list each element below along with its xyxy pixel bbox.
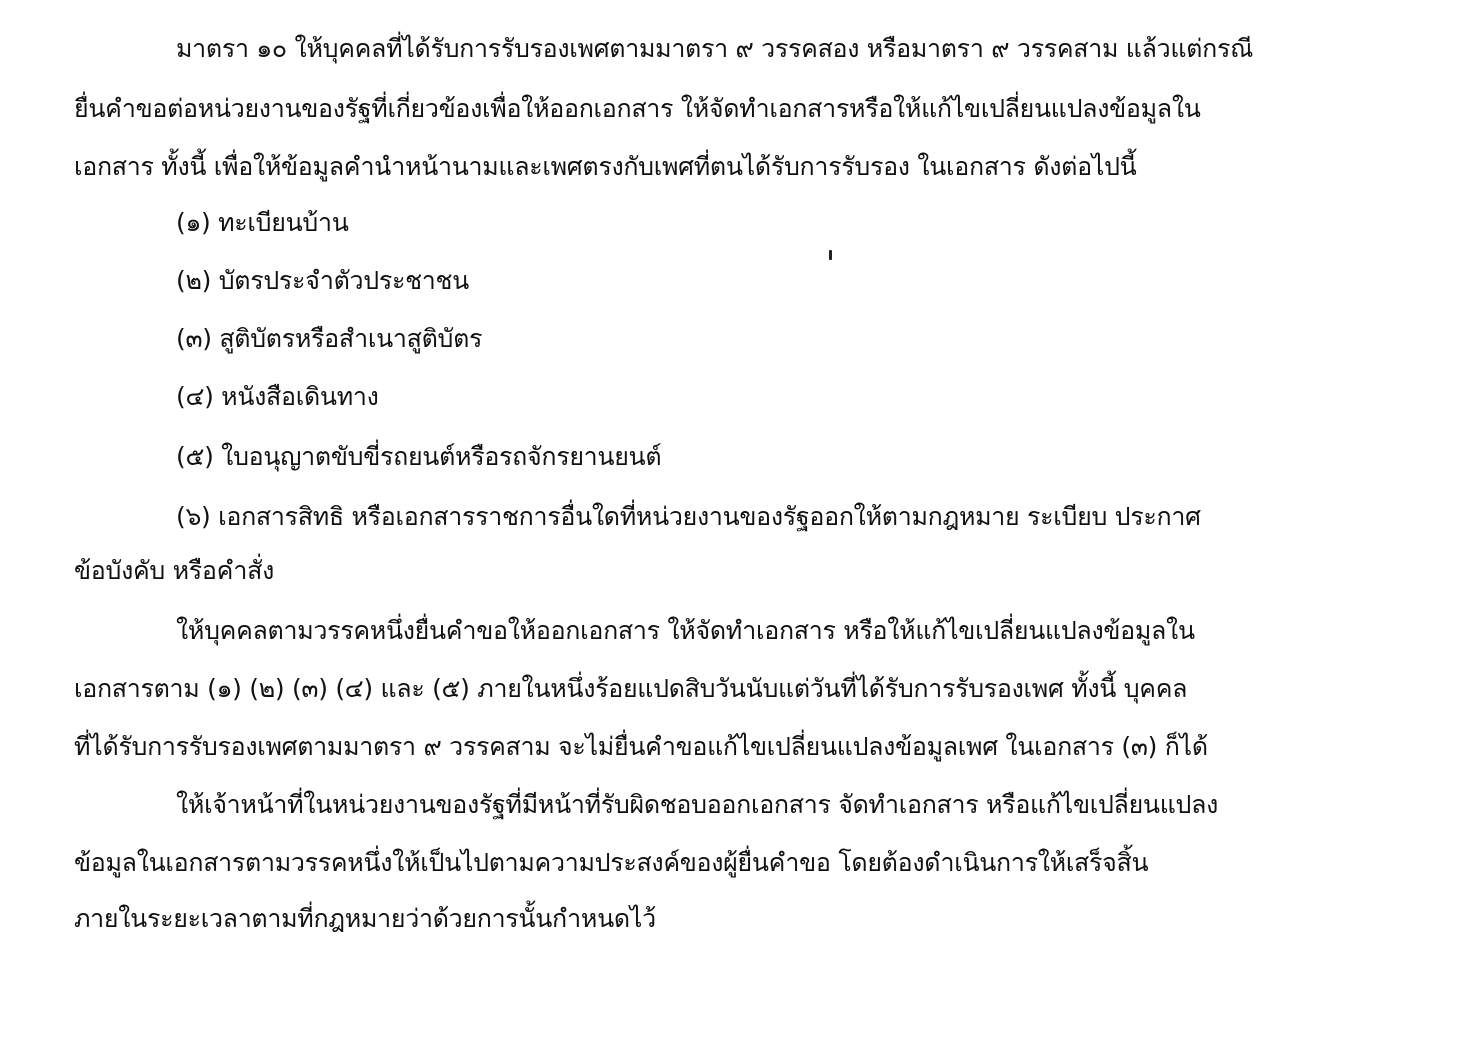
list-item: (๕) ใบอนุญาตขับขี่รถยนต์หรือรถจักรยานยนต… [176,440,661,474]
paragraph-line: เอกสารตาม (๑) (๒) (๓) (๔) และ (๕) ภายในห… [74,672,1187,706]
paragraph-line: ให้บุคคลตามวรรคหนึ่งยื่นคำขอให้ออกเอกสาร… [176,614,1195,648]
section-heading-line: มาตรา ๑๐ ให้บุคคลที่ได้รับการรับรองเพศตา… [176,32,1253,66]
paragraph-line: เอกสาร ทั้งนี้ เพื่อให้ข้อมูลคำนำหน้านาม… [74,150,1136,184]
list-item: (๓) สูติบัตรหรือสำเนาสูติบัตร [176,322,482,356]
list-item: (๒) บัตรประจำตัวประชาชน [176,264,469,298]
list-item: (๔) หนังสือเดินทาง [176,380,379,414]
list-item: (๑) ทะเบียนบ้าน [176,206,348,240]
list-item-continuation: ข้อบังคับ หรือคำสั่ง [74,554,274,588]
paragraph-line: ภายในระยะเวลาตามที่กฎหมายว่าด้วยการนั้นก… [74,902,656,936]
paragraph-line: ที่ได้รับการรับรองเพศตามมาตรา ๙ วรรคสาม … [74,730,1208,764]
list-item: (๖) เอกสารสิทธิ หรือเอกสารราชการอื่นใดที… [176,500,1201,534]
paragraph-line: ข้อมูลในเอกสารตามวรรคหนึ่งให้เป็นไปตามคว… [74,846,1148,880]
paragraph-line: ให้เจ้าหน้าที่ในหน่วยงานของรัฐที่มีหน้าท… [176,788,1218,822]
scan-artifact-mark [829,250,832,260]
paragraph-line: ยื่นคำขอต่อหน่วยงานของรัฐที่เกี่ยวข้องเพ… [74,92,1201,126]
